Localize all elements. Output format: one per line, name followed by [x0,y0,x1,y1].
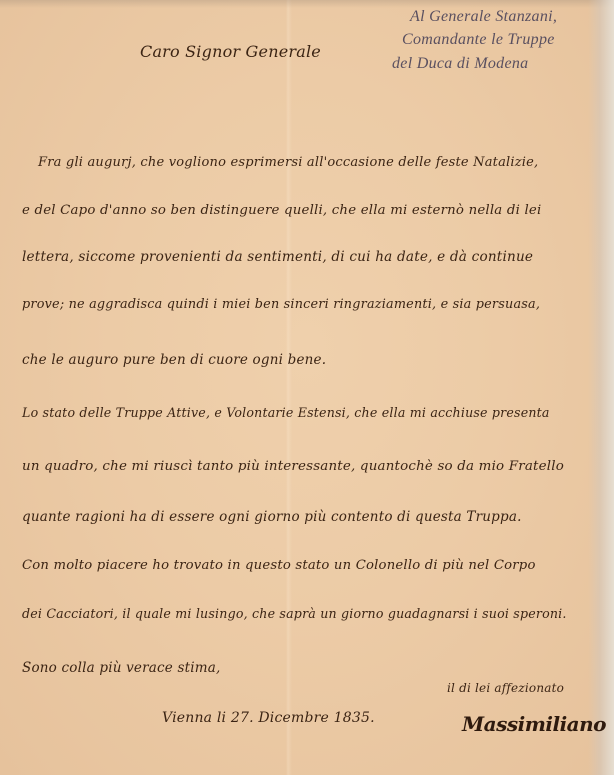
signature: Massimiliano [462,712,606,736]
dateline: Vienna li 27. Dicembre 1835. [162,710,375,726]
body-line: un quadro, che mi riuscì tanto più inter… [22,459,564,474]
body-line: Con molto piacere ho trovato in questo s… [22,558,536,573]
body-line: che le auguro pure ben di cuore ogni ben… [22,352,326,368]
valediction: il di lei affezionato [447,681,564,695]
annotation-line-1: Al Generale Stanzani, [410,8,557,26]
body-line: prove; ne aggradisca quindi i miei ben s… [22,297,540,312]
body-line: Lo stato delle Truppe Attive, e Volontar… [22,405,550,420]
annotation-line-3: del Duca di Modena [392,55,528,73]
body-line: dei Cacciatori, il quale mi lusingo, che… [22,606,567,621]
body-line: lettera, siccome provenienti da sentimen… [22,249,533,265]
body-line: Sono colla più verace stima, [22,660,220,676]
body-line: Fra gli augurj, che vogliono esprimersi … [38,155,538,170]
body-line: quante ragioni ha di essere ogni giorno … [22,509,522,525]
letter-page: Al Generale Stanzani, Comandante le Trup… [0,0,614,775]
annotation-line-2: Comandante le Truppe [402,31,555,49]
salutation: Caro Signor Generale [140,42,321,61]
body-line: e del Capo d'anno so ben distinguere que… [22,203,541,218]
